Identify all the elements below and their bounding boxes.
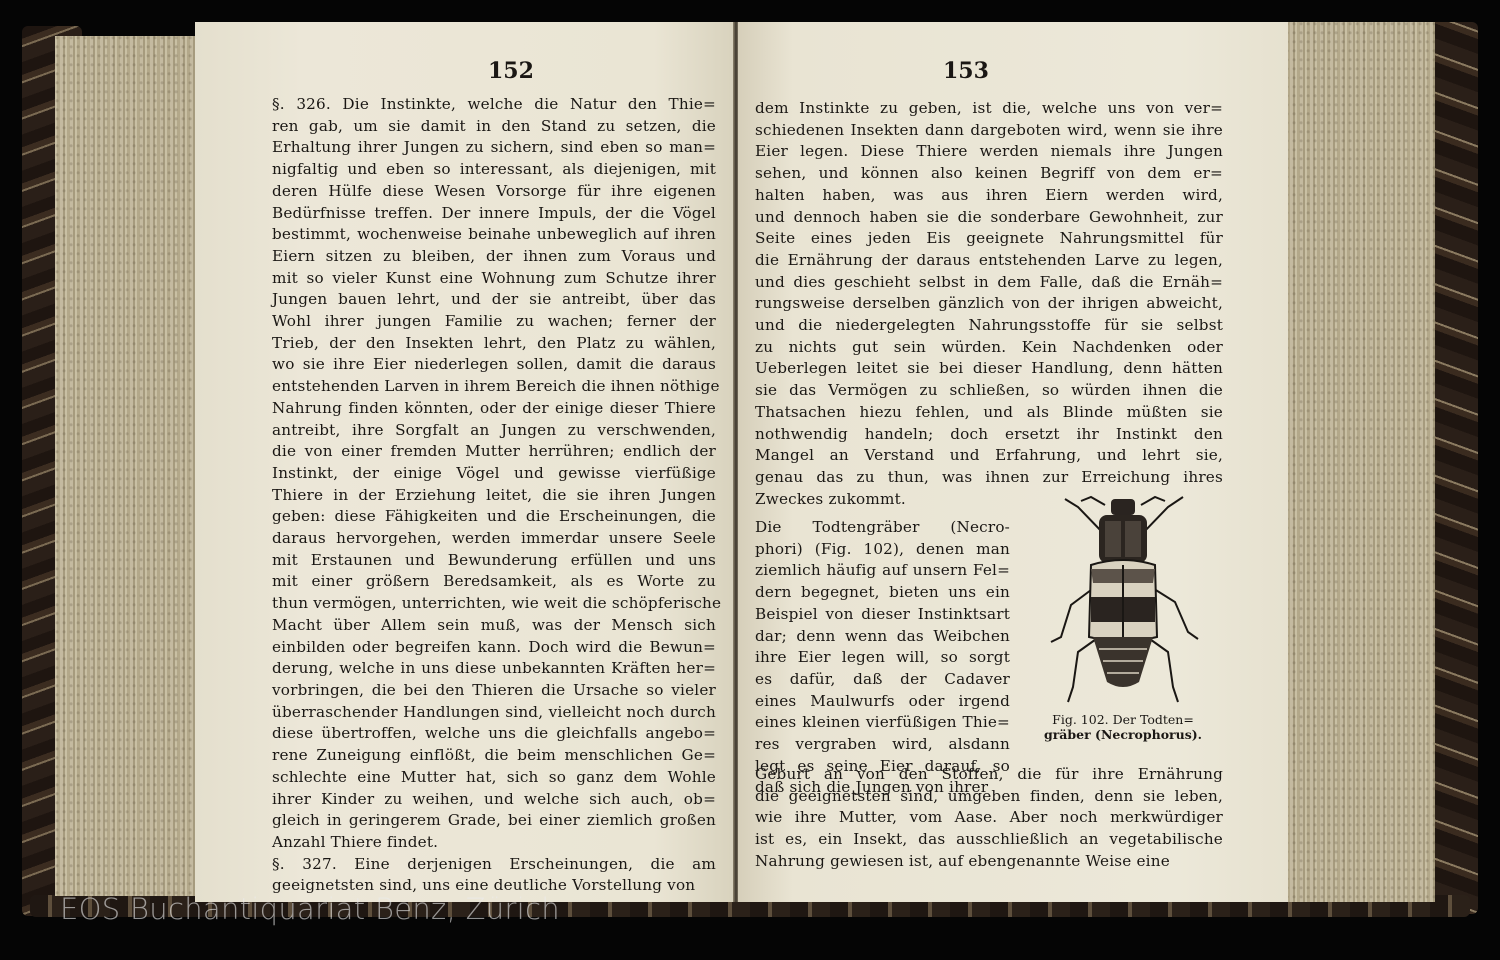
text-line: es dafür, daß der Cadaver <box>755 669 1010 691</box>
text-line: Beispiel von dieser Instinktsart <box>755 604 1010 626</box>
text-line: Erhaltung ihrer Jungen zu sichern, sind … <box>272 137 716 159</box>
text-line: Mangel an Verstand und Erfahrung, und le… <box>755 445 1223 467</box>
text-line: sehen, und können also keinen Begriff vo… <box>755 163 1223 185</box>
text-line: schiedenen Insekten dann dargeboten wird… <box>755 120 1223 142</box>
right-page-body-top: dem Instinkte zu geben, ist die, welche … <box>755 98 1223 510</box>
text-line: und dennoch haben sie die sonderbare Gew… <box>755 207 1223 229</box>
text-line: Die Todtengräber (Necro- <box>755 517 1010 539</box>
watermark: EOS Buchantiquariat Benz, Zürich <box>60 892 560 926</box>
text-line: wo sie ihre Eier niederlegen sollen, dam… <box>272 354 716 376</box>
right-page: 153 dem Instinkte zu geben, ist die, wel… <box>738 22 1288 902</box>
text-line: Thiere in der Erziehung leitet, die sie … <box>272 485 716 507</box>
text-line: halten haben, was aus ihren Eiern werden… <box>755 185 1223 207</box>
text-line: sie das Vermögen zu schließen, so würden… <box>755 380 1223 402</box>
text-line: ren gab, um sie damit in den Stand zu se… <box>272 116 716 138</box>
text-line: Seite eines jeden Eis geeignete Nahrungs… <box>755 228 1223 250</box>
text-line: §. 327. Eine derjenigen Erscheinungen, d… <box>272 854 716 876</box>
left-page-body: §. 326. Die Instinkte, welche die Natur … <box>272 94 716 897</box>
text-line: deren Hülfe diese Wesen Vorsorge für ihr… <box>272 181 716 203</box>
right-page-body-bottom: Geburt an von den Stoffen, die für ihre … <box>755 764 1223 873</box>
page-number: 152 <box>488 58 534 84</box>
text-line: Thatsachen hiezu fehlen, und als Blinde … <box>755 402 1223 424</box>
text-line: Bedürfnisse treffen. Der innere Impuls, … <box>272 203 716 225</box>
text-line: Wohl ihrer jungen Familie zu wachen; fer… <box>272 311 716 333</box>
text-line: ihrer Kinder zu weihen, und welche sich … <box>272 789 716 811</box>
text-line: dem Instinkte zu geben, ist die, welche … <box>755 98 1223 120</box>
text-line: eines Maulwurfs oder irgend <box>755 691 1010 713</box>
text-line: nigfaltig und eben so interessant, als d… <box>272 159 716 181</box>
text-line: nothwendig handeln; doch ersetzt ihr Ins… <box>755 424 1223 446</box>
beetle-illustration-icon <box>1043 487 1203 712</box>
figure-102: Fig. 102. Der Todten= gräber (Necrophoru… <box>1030 487 1216 757</box>
text-line: eines kleinen vierfüßigen Thie= <box>755 712 1010 734</box>
text-line: diese übertroffen, welche uns die gleich… <box>272 723 716 745</box>
text-line: zu nichts gut sein würden. Kein Nachdenk… <box>755 337 1223 359</box>
text-line: derung, welche in uns diese unbekannten … <box>272 658 716 680</box>
text-line: antreibt, ihre Sorgfalt an Jungen zu ver… <box>272 420 716 442</box>
text-line: ziemlich häufig auf unsern Fel= <box>755 560 1010 582</box>
text-line: geben: diese Fähigkeiten und die Erschei… <box>272 506 716 528</box>
figure-caption-line-1: Fig. 102. Der Todten= <box>1030 712 1216 727</box>
text-line: mit Erstaunen und Bewunderung erfüllen u… <box>272 550 716 572</box>
text-line: bestimmt, wochenweise beinahe unbeweglic… <box>272 224 716 246</box>
text-line: schlechte eine Mutter hat, sich so ganz … <box>272 767 716 789</box>
text-line: dar; denn wenn das Weibchen <box>755 626 1010 648</box>
text-line: mit einer größern Beredsamkeit, als es W… <box>272 571 716 593</box>
text-line: phori) (Fig. 102), denen man <box>755 539 1010 561</box>
text-line: die geeignetsten sind, umgeben finden, d… <box>755 786 1223 808</box>
text-line: Eiern sitzen zu bleiben, der ihnen zum V… <box>272 246 716 268</box>
text-line: entstehenden Larven in ihrem Bereich die… <box>272 376 716 398</box>
text-line: Eier legen. Diese Thiere werden niemals … <box>755 141 1223 163</box>
text-line: einbilden oder begreifen kann. Doch wird… <box>272 637 716 659</box>
text-line: genau das zu thun, was ihnen zur Erreich… <box>755 467 1223 489</box>
text-line: gleich in geringerem Grade, bei einer zi… <box>272 810 716 832</box>
text-line: Nahrung gewiesen ist, auf ebengenannte W… <box>755 851 1223 873</box>
text-line: Jungen bauen lehrt, und der sie antreibt… <box>272 289 716 311</box>
text-line: ist es, ein Insekt, das ausschließlich a… <box>755 829 1223 851</box>
text-line: rungsweise derselben gänzlich von der ih… <box>755 293 1223 315</box>
text-line: Geburt an von den Stoffen, die für ihre … <box>755 764 1223 786</box>
text-line: res vergraben wird, alsdann <box>755 734 1010 756</box>
text-line: und die niedergelegten Nahrungsstoffe fü… <box>755 315 1223 337</box>
text-line: thun vermögen, unterrichten, wie weit di… <box>272 593 716 615</box>
right-page-body-column: Die Todtengräber (Necro-phori) (Fig. 102… <box>755 517 1010 799</box>
text-line: Instinkt, der einige Vögel und gewisse v… <box>272 463 716 485</box>
page-edges-left <box>55 36 195 896</box>
text-line: vorbringen, die bei den Thieren die Ursa… <box>272 680 716 702</box>
left-page: 152 §. 326. Die Instinkte, welche die Na… <box>195 22 735 902</box>
text-line: wie ihre Mutter, vom Aase. Aber noch mer… <box>755 807 1223 829</box>
text-line: dern begegnet, bieten uns ein <box>755 582 1010 604</box>
text-line: überraschender Handlungen sind, vielleic… <box>272 702 716 724</box>
figure-caption-line-2: gräber (Necrophorus). <box>1030 727 1216 742</box>
text-line: Nahrung finden könnten, oder der einige … <box>272 398 716 420</box>
page-number: 153 <box>943 58 989 84</box>
text-line: daraus hervorgehen, werden immerdar unse… <box>272 528 716 550</box>
text-line: §. 326. Die Instinkte, welche die Natur … <box>272 94 716 116</box>
text-line: ihre Eier legen will, so sorgt <box>755 647 1010 669</box>
text-line: die von einer fremden Mutter herrühren; … <box>272 441 716 463</box>
text-line: Ueberlegen leitet sie bei dieser Handlun… <box>755 358 1223 380</box>
text-line: die Ernährung der daraus entstehenden La… <box>755 250 1223 272</box>
text-line: mit so vieler Kunst eine Wohnung zum Sch… <box>272 268 716 290</box>
text-line: rene Zuneigung einflößt, die beim mensch… <box>272 745 716 767</box>
page-edges-right <box>1285 22 1435 902</box>
text-line: und dies geschieht selbst in dem Falle, … <box>755 272 1223 294</box>
text-line: Anzahl Thiere findet. <box>272 832 716 854</box>
text-line: Trieb, der den Insekten lehrt, den Platz… <box>272 333 716 355</box>
text-line: Macht über Allem sein muß, was der Mensc… <box>272 615 716 637</box>
